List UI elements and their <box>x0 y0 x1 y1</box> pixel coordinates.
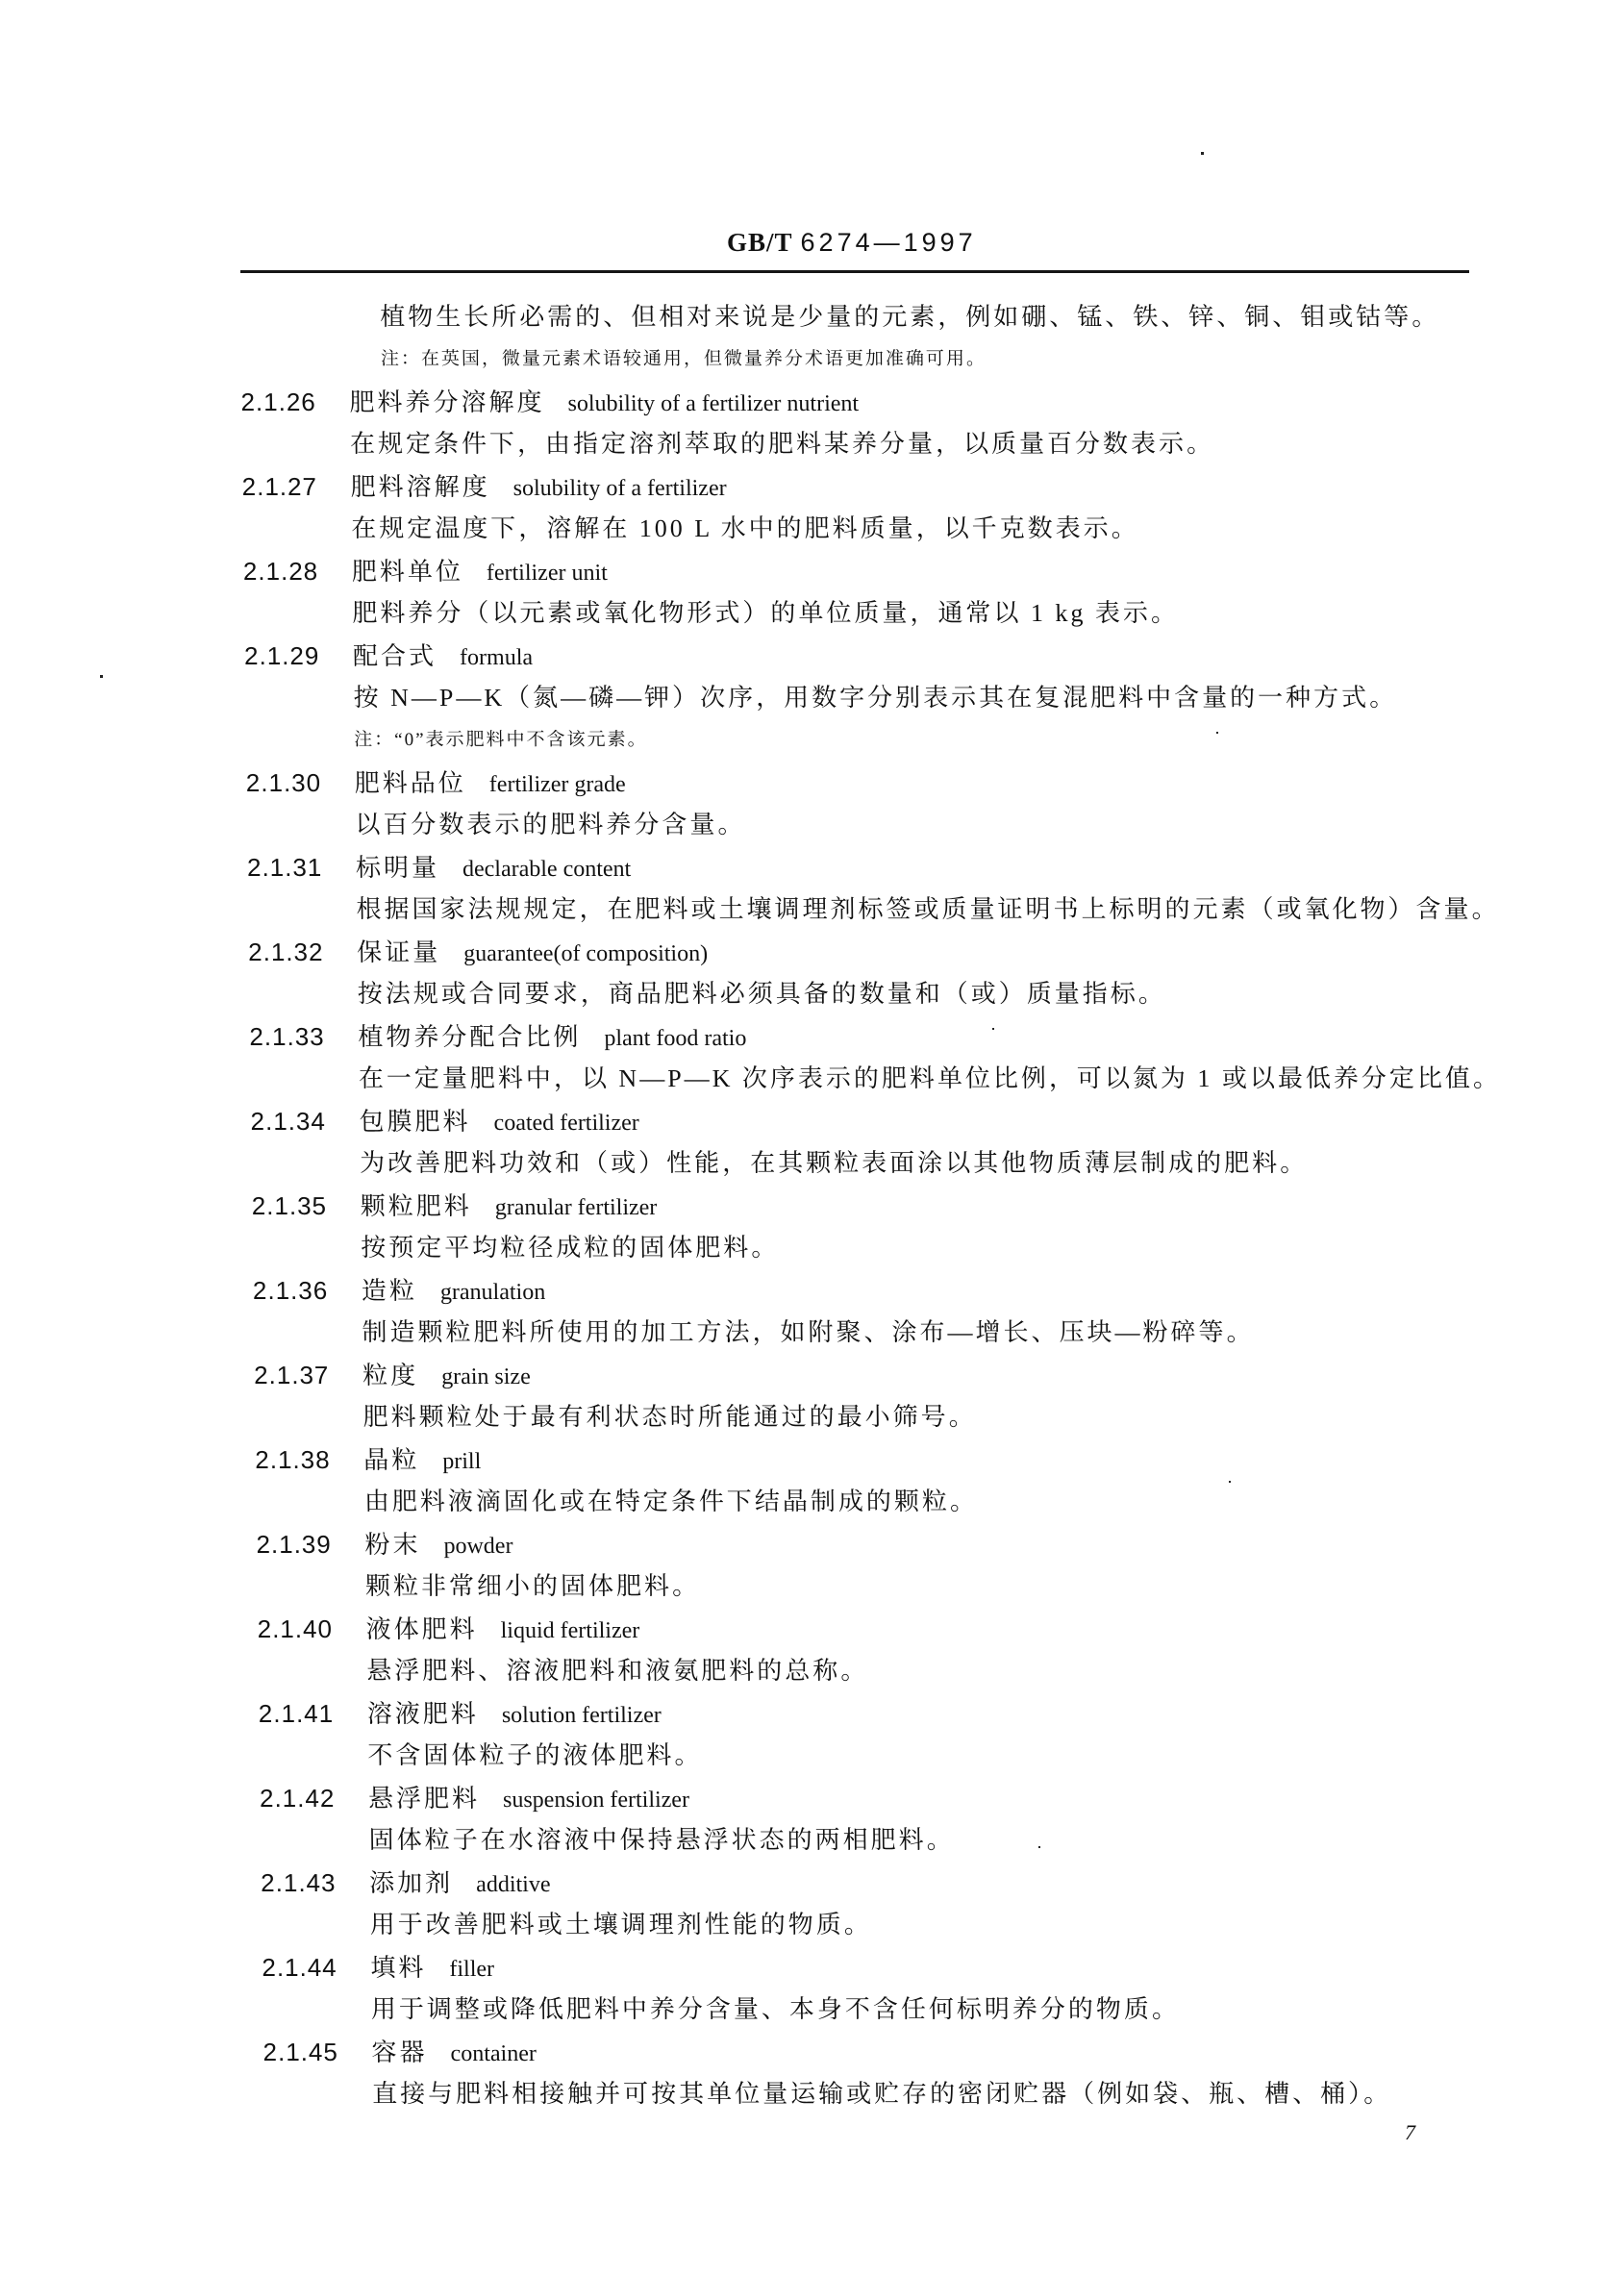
term-number: 2.1.37 <box>254 1354 363 1396</box>
term-chinese: 晶粒 <box>363 1446 419 1474</box>
term-definition: 悬浮肥料、溶液肥料和液氨肥料的总称。 <box>258 1650 1528 1692</box>
term-number: 2.1.31 <box>247 846 357 888</box>
term-chinese: 肥料品位 <box>355 769 466 797</box>
term-definition: 颗粒非常细小的固体肥料。 <box>257 1565 1527 1608</box>
term-english: powder <box>443 1534 512 1559</box>
term-number: 2.1.44 <box>262 1946 371 1988</box>
term-chinese: 保证量 <box>357 938 440 966</box>
term-heading: 2.1.38晶粒prill <box>255 1438 1525 1481</box>
term-chinese: 液体肥料 <box>365 1615 477 1643</box>
term-heading: 2.1.37粒度grain size <box>254 1354 1524 1396</box>
term-chinese: 粒度 <box>362 1362 418 1389</box>
header-rule <box>240 270 1469 273</box>
term-heading: 2.1.39粉末powder <box>256 1523 1526 1565</box>
term-heading: 2.1.35颗粒肥料granular fertilizer <box>251 1185 1521 1227</box>
term-entry: 2.1.29配合式formula 按 N—P—K（氮—磷—钾）次序，用数字分别表… <box>244 635 1515 762</box>
scan-speck <box>1216 732 1218 734</box>
term-entry: 2.1.36造粒granulation 制造颗粒肥料所使用的加工方法，如附聚、涂… <box>253 1269 1523 1354</box>
term-english: formula <box>460 645 533 670</box>
term-heading: 2.1.30肥料品位fertilizer grade <box>246 762 1516 804</box>
standard-code-prefix: GB/T <box>727 228 793 257</box>
term-number: 2.1.35 <box>251 1185 361 1227</box>
term-heading: 2.1.40液体肥料liquid fertilizer <box>257 1608 1527 1650</box>
term-chinese: 肥料溶解度 <box>350 473 489 501</box>
term-number: 2.1.39 <box>256 1523 365 1565</box>
term-number: 2.1.32 <box>248 931 358 973</box>
term-definition: 肥料养分（以元素或氧化物形式）的单位质量，通常以 1 kg 表示。 <box>243 592 1513 635</box>
term-entry: 2.1.33植物养分配合比例plant food ratio 在一定量肥料中，以… <box>249 1015 1519 1100</box>
term-heading: 2.1.41溶液肥料solution fertilizer <box>259 1692 1529 1735</box>
continued-note: 注：在英国，微量元素术语较通用，但微量养分术语更加准确可用。 <box>240 338 1511 381</box>
term-entry: 2.1.27肥料溶解度solubility of a fertilizer 在规… <box>241 465 1512 550</box>
term-definition: 以百分数表示的肥料养分含量。 <box>246 804 1516 846</box>
term-number: 2.1.29 <box>244 635 354 677</box>
term-entry: 2.1.34包膜肥料coated fertilizer 为改善肥料功效和（或）性… <box>250 1100 1520 1185</box>
term-number: 2.1.26 <box>240 381 350 423</box>
terms-content: 植物生长所必需的、但相对来说是少量的元素，例如硼、锰、铁、锌、铜、钼或钴等。 注… <box>239 296 1533 2115</box>
term-number: 2.1.36 <box>253 1269 362 1312</box>
term-english: guarantee(of composition) <box>463 941 708 966</box>
term-entry: 2.1.38晶粒prill 由肥料液滴固化或在特定条件下结晶制成的颗粒。 <box>255 1438 1525 1523</box>
term-chinese: 植物养分配合比例 <box>358 1023 581 1051</box>
term-definition: 按法规或合同要求，商品肥料必须具备的数量和（或）质量指标。 <box>248 973 1518 1015</box>
term-chinese: 造粒 <box>362 1277 417 1305</box>
term-entry: 2.1.42悬浮肥料suspension fertilizer 固体粒子在水溶液… <box>260 1777 1530 1862</box>
term-english: granular fertilizer <box>495 1195 658 1220</box>
term-heading: 2.1.32保证量guarantee(of composition) <box>248 931 1518 973</box>
term-definition: 在规定条件下，由指定溶剂萃取的肥料某养分量，以质量百分数表示。 <box>241 423 1512 465</box>
term-heading: 2.1.34包膜肥料coated fertilizer <box>250 1100 1520 1142</box>
scan-speck <box>100 675 103 678</box>
term-chinese: 填料 <box>370 1954 426 1982</box>
term-chinese: 包膜肥料 <box>359 1108 470 1136</box>
term-definition: 按 N—P—K（氮—磷—钾）次序，用数字分别表示其在复混肥料中含量的一种方式。 <box>244 677 1514 719</box>
term-entry: 2.1.37粒度grain size 肥料颗粒处于最有利状态时所能通过的最小筛号… <box>254 1354 1524 1438</box>
term-heading: 2.1.27肥料溶解度solubility of a fertilizer <box>241 465 1512 508</box>
term-definition: 直接与肥料相接触并可按其单位量运输或贮存的密闭贮器（例如袋、瓶、槽、桶）。 <box>263 2073 1534 2115</box>
scan-speck <box>1229 1481 1231 1483</box>
term-english: container <box>450 2041 537 2066</box>
term-note: 注：“0”表示肥料中不含该元素。 <box>245 719 1515 762</box>
term-definition: 在一定量肥料中，以 N—P—K 次序表示的肥料单位比例，可以氮为 1 或以最低养… <box>250 1058 1520 1100</box>
term-heading: 2.1.33植物养分配合比例plant food ratio <box>249 1015 1519 1058</box>
term-entry: 2.1.43添加剂additive 用于改善肥料或土壤调理剂性能的物质。 <box>261 1862 1531 1946</box>
term-heading: 2.1.29配合式formula <box>244 635 1514 677</box>
term-english: solution fertilizer <box>502 1703 662 1728</box>
term-english: plant food ratio <box>604 1026 746 1051</box>
term-entry: 2.1.41溶液肥料solution fertilizer 不含固体粒子的液体肥… <box>259 1692 1529 1777</box>
term-english: coated fertilizer <box>493 1111 639 1136</box>
term-number: 2.1.28 <box>243 550 353 592</box>
term-chinese: 肥料养分溶解度 <box>349 388 544 416</box>
term-number: 2.1.38 <box>255 1438 364 1481</box>
term-english: filler <box>449 1957 494 1982</box>
term-entry: 2.1.39粉末powder 颗粒非常细小的固体肥料。 <box>256 1523 1526 1608</box>
term-number: 2.1.33 <box>249 1015 359 1058</box>
term-definition: 按预定平均粒径成粒的固体肥料。 <box>252 1227 1522 1269</box>
term-entry: 2.1.26肥料养分溶解度solubility of a fertilizer … <box>240 381 1511 465</box>
term-definition: 在规定温度下，溶解在 100 L 水中的肥料质量，以千克数表示。 <box>242 508 1512 550</box>
term-entry: 2.1.35颗粒肥料granular fertilizer 按预定平均粒径成粒的… <box>251 1185 1521 1269</box>
term-english: suspension fertilizer <box>503 1788 689 1813</box>
term-heading: 2.1.28肥料单位fertilizer unit <box>243 550 1513 592</box>
scan-speck <box>1038 1846 1040 1848</box>
term-heading: 2.1.44填料filler <box>262 1946 1532 1988</box>
term-definition: 固体粒子在水溶液中保持悬浮状态的两相肥料。 <box>260 1819 1530 1862</box>
term-number: 2.1.30 <box>246 762 356 804</box>
term-chinese: 标明量 <box>356 854 439 882</box>
term-english: liquid fertilizer <box>500 1618 639 1643</box>
term-english: granulation <box>440 1280 546 1305</box>
term-number: 2.1.45 <box>262 2031 372 2073</box>
term-chinese: 容器 <box>371 2038 427 2066</box>
term-heading: 2.1.42悬浮肥料suspension fertilizer <box>260 1777 1530 1819</box>
standard-code-header: GB/T6274—1997 <box>727 223 977 262</box>
term-entry: 2.1.45容器container 直接与肥料相接触并可按其单位量运输或贮存的密… <box>262 2031 1533 2115</box>
term-heading: 2.1.45容器container <box>262 2031 1533 2073</box>
term-number: 2.1.40 <box>257 1608 366 1650</box>
term-english: grain size <box>441 1364 531 1389</box>
standard-code-number: 6274—1997 <box>801 228 977 257</box>
term-chinese: 溶液肥料 <box>367 1700 479 1728</box>
term-english: solubility of a fertilizer <box>513 476 727 501</box>
term-chinese: 肥料单位 <box>352 558 463 586</box>
term-definition: 由肥料液滴固化或在特定条件下结晶制成的颗粒。 <box>256 1481 1526 1523</box>
term-number: 2.1.41 <box>259 1692 368 1735</box>
term-english: additive <box>476 1872 551 1897</box>
term-definition: 制造颗粒肥料所使用的加工方法，如附聚、涂布—增长、压块—粉碎等。 <box>253 1312 1523 1354</box>
term-entry: 2.1.28肥料单位fertilizer unit 肥料养分（以元素或氧化物形式… <box>243 550 1513 635</box>
scan-speck <box>1201 152 1204 155</box>
term-english: fertilizer grade <box>489 772 626 797</box>
term-definition: 用于改善肥料或土壤调理剂性能的物质。 <box>261 1904 1531 1946</box>
term-english: declarable content <box>462 857 632 882</box>
term-chinese: 悬浮肥料 <box>368 1785 480 1813</box>
term-definition: 用于调整或降低肥料中养分含量、本身不含任何标明养分的物质。 <box>262 1988 1533 2031</box>
term-entry: 2.1.31标明量declarable content 根据国家法规规定，在肥料… <box>247 846 1517 931</box>
term-heading: 2.1.31标明量declarable content <box>247 846 1517 888</box>
term-entry: 2.1.40液体肥料liquid fertilizer 悬浮肥料、溶液肥料和液氨… <box>257 1608 1527 1692</box>
term-english: fertilizer unit <box>487 561 608 586</box>
term-entry: 2.1.32保证量guarantee(of composition) 按法规或合… <box>248 931 1518 1015</box>
term-entry: 2.1.30肥料品位fertilizer grade 以百分数表示的肥料养分含量… <box>246 762 1516 846</box>
term-number: 2.1.42 <box>260 1777 369 1819</box>
scan-speck <box>992 1028 994 1030</box>
term-entry: 2.1.44填料filler 用于调整或降低肥料中养分含量、本身不含任何标明养分… <box>262 1946 1532 2031</box>
page-number: 7 <box>1405 2119 1415 2146</box>
term-number: 2.1.34 <box>250 1100 360 1142</box>
term-number: 2.1.43 <box>261 1862 370 1904</box>
term-number: 2.1.27 <box>241 465 351 508</box>
term-heading: 2.1.36造粒granulation <box>253 1269 1523 1312</box>
term-heading: 2.1.43添加剂additive <box>261 1862 1531 1904</box>
term-heading: 2.1.26肥料养分溶解度solubility of a fertilizer … <box>240 381 1511 423</box>
term-chinese: 配合式 <box>353 642 437 670</box>
term-chinese: 添加剂 <box>369 1869 453 1897</box>
term-english: prill <box>442 1449 481 1474</box>
term-chinese: 粉末 <box>364 1531 420 1559</box>
term-definition: 为改善肥料功效和（或）性能，在其颗粒表面涂以其他物质薄层制成的肥料。 <box>251 1142 1521 1185</box>
term-definition: 肥料颗粒处于最有利状态时所能通过的最小筛号。 <box>254 1396 1524 1438</box>
term-english: solubility of a fertilizer nutrient <box>567 391 859 416</box>
continued-definition: 植物生长所必需的、但相对来说是少量的元素，例如硼、锰、铁、锌、铜、钼或钴等。 <box>239 296 1510 338</box>
term-definition: 根据国家法规规定，在肥料或土壤调理剂标签或质量证明书上标明的元素（或氧化物）含量… <box>247 888 1517 931</box>
term-definition: 不含固体粒子的液体肥料。 <box>259 1735 1529 1777</box>
term-chinese: 颗粒肥料 <box>361 1192 472 1220</box>
